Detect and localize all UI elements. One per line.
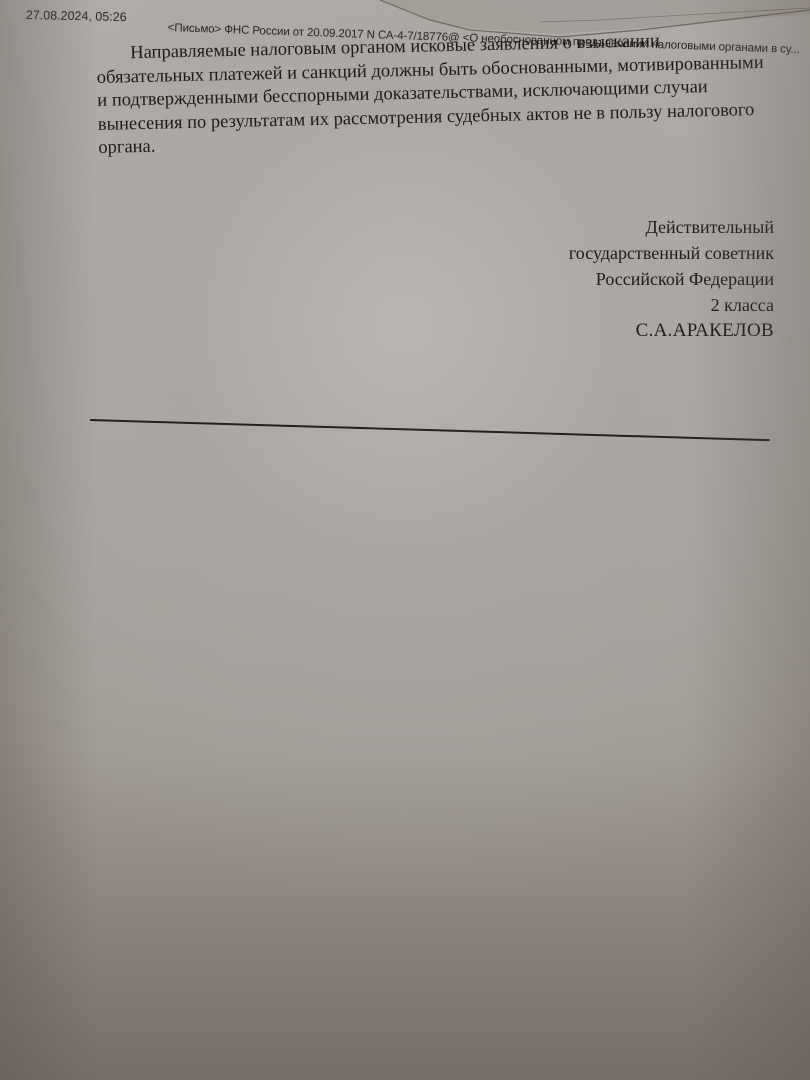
signatory-title-line: государственный советник (569, 240, 774, 266)
signatory-title-line: Российской Федерации (569, 266, 774, 292)
horizontal-divider (90, 419, 770, 441)
signatory-title-line: 2 класса (569, 292, 774, 318)
document-page: 27.08.2024, 05:26 <Письмо> ФНС России от… (0, 0, 810, 1080)
signatory-title-line: Действительный (569, 214, 774, 240)
letter-body: Направляемые налоговым органом исковые з… (96, 27, 788, 160)
print-timestamp: 27.08.2024, 05:26 (26, 8, 127, 24)
signatory-name: С.А.АРАКЕЛОВ (569, 318, 774, 344)
signature-block: Действительный государственный советник … (569, 214, 774, 344)
